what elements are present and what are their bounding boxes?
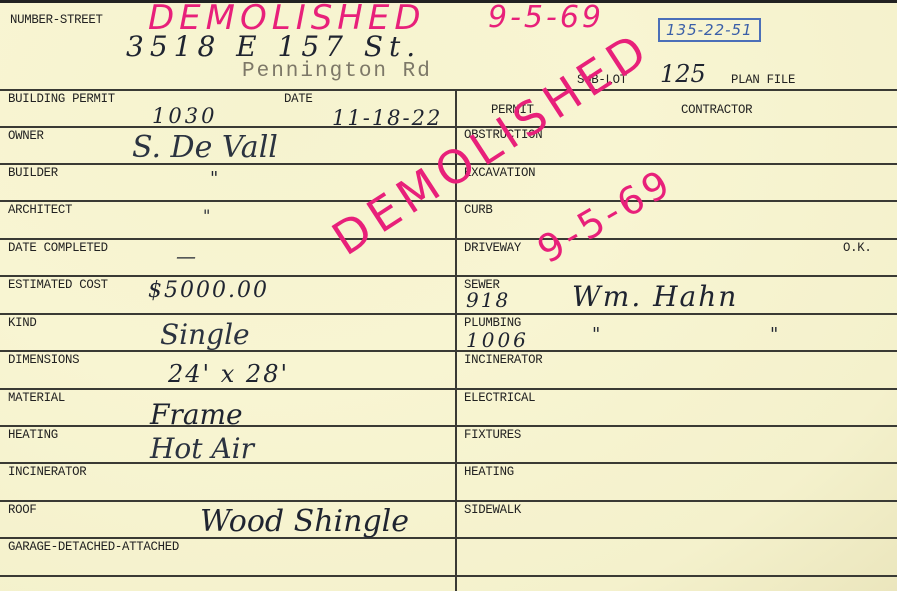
building-permit-value: 1030 xyxy=(152,104,217,128)
date-completed-value: — xyxy=(176,244,196,268)
architect-value: " xyxy=(203,206,210,225)
estimated-cost-value: $5000.00 xyxy=(148,278,269,303)
incinerator-label: INCINERATOR xyxy=(8,464,86,479)
plan-file-label: PLAN FILE xyxy=(731,72,795,87)
builder-label: BUILDER xyxy=(8,165,58,180)
building-permit-label: BUILDING PERMIT xyxy=(8,91,115,106)
heating-label: HEATING xyxy=(8,427,58,442)
contractor-header: CONTRACTOR xyxy=(681,102,752,117)
demolished-date-top: 9-5-69 xyxy=(488,0,604,35)
parcel-number-box: 135-22-51 xyxy=(658,18,761,42)
sidewalk-label: SIDEWALK xyxy=(464,502,521,517)
kind-value: Single xyxy=(160,318,250,351)
address-handwritten: 3518 E 157 St. xyxy=(126,30,421,63)
dimensions-value: 24' x 28' xyxy=(168,360,289,388)
date-value: 11-18-22 xyxy=(332,106,442,130)
date-label: DATE xyxy=(284,91,313,106)
plumbing-contractor-ditto: " xyxy=(770,324,778,345)
demolished-date-diagonal: 9-5-69 xyxy=(530,160,680,272)
date-completed-label: DATE COMPLETED xyxy=(8,240,108,255)
owner-label: OWNER xyxy=(8,128,44,143)
fixtures-label: FIXTURES xyxy=(464,427,521,442)
sewer-contractor: Wm. Hahn xyxy=(572,280,738,313)
number-street-label: NUMBER-STREET xyxy=(10,12,103,27)
heating-permit-label: HEATING xyxy=(464,464,514,479)
electrical-label: ELECTRICAL xyxy=(464,390,535,405)
building-permit-card: NUMBER-STREET DEMOLISHED 9-5-69 135-22-5… xyxy=(0,0,897,591)
owner-value: S. De Vall xyxy=(132,130,278,165)
driveway-note: O.K. xyxy=(843,240,872,255)
heating-value: Hot Air xyxy=(150,432,254,465)
builder-value: " xyxy=(210,168,218,189)
garage-label: GARAGE-DETACHED-ATTACHED xyxy=(8,539,179,554)
curb-label: CURB xyxy=(464,202,493,217)
dimensions-label: DIMENSIONS xyxy=(8,352,79,367)
material-value: Frame xyxy=(150,398,243,431)
sewer-permit: 918 xyxy=(466,288,510,312)
architect-label: ARCHITECT xyxy=(8,202,72,217)
roof-value: Wood Shingle xyxy=(200,504,409,539)
plumbing-contractor: " xyxy=(592,324,600,345)
kind-label: KIND xyxy=(8,315,37,330)
incinerator-permit-label: INCINERATOR xyxy=(464,352,542,367)
address-typed: Pennington Rd xyxy=(242,60,432,83)
estimated-cost-label: ESTIMATED COST xyxy=(8,277,108,292)
sub-lot-value: 125 xyxy=(660,60,706,88)
plumbing-permit: 1006 xyxy=(466,328,529,352)
driveway-label: DRIVEWAY xyxy=(464,240,521,255)
roof-label: ROOF xyxy=(8,502,37,517)
card-top-edge xyxy=(0,0,897,3)
material-label: MATERIAL xyxy=(8,390,65,405)
